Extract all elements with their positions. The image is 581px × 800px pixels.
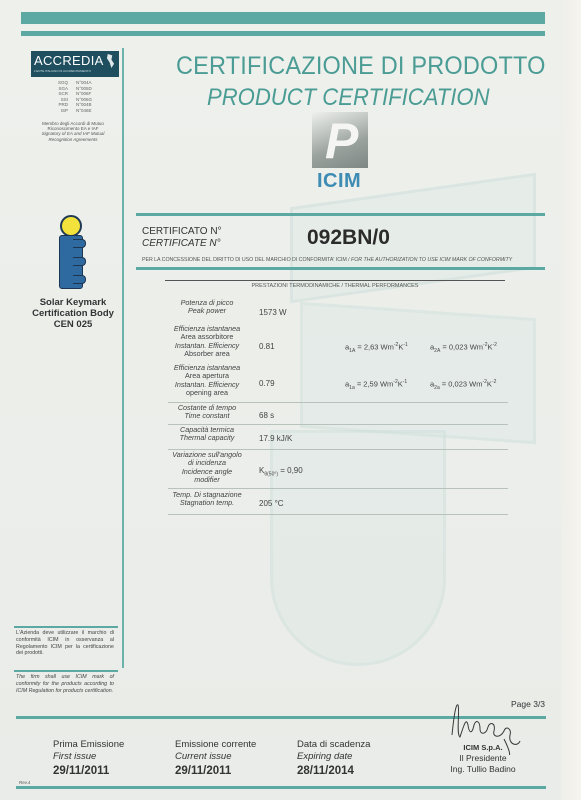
row-divider [168,514,508,515]
val: = 0,023 Wm [440,380,483,389]
label-en: Time constant [168,412,246,420]
label-en: Peak power [168,307,246,315]
table-row-label: Efficienza istantanea Area apertura Inst… [168,364,246,398]
keymark-line1: Solar Keymark [24,297,122,308]
signatory-name: Ing. Tullio Badino [438,764,528,775]
concession-en: FOR THE AUTHORIZATION TO USE ICIM MARK O… [351,257,512,263]
kexp: -1 [403,342,407,348]
revision-label: Rev.4 [19,780,30,785]
note-it: L'Azienda deve utilizzare il marchio di … [16,630,114,657]
kexp: -2 [492,379,496,385]
first-issue-it: Prima Emissione [53,739,124,751]
membro-it: Membro degli Accordi di Mutuo Riconoscim… [31,121,115,131]
first-issue: Prima Emissione First issue 29/11/2011 [53,739,124,777]
solar-keymark-icon [53,215,97,290]
coefficient-a1: a1A = 2,63 Wm-2K-1 [345,342,408,354]
current-issue-it: Emissione corrente [175,739,256,751]
val: = 0,023 Wm [440,343,483,352]
row-divider [168,488,508,489]
current-issue: Emissione corrente Current issue 29/11/2… [175,739,256,777]
table-row-value: 0.81 [259,342,275,351]
table-row-value: 1573 W [259,308,287,317]
kexp: -2 [493,342,497,348]
accreditation-codes: SGQN°004A SGAN°005D SCRN°006F SSIN°006G … [52,80,92,114]
accredia-subtitle: L'ENTE ITALIANO DI ACCREDITAMENTO [34,69,91,73]
certificate-label-en: CERTIFICATE N° [142,238,221,249]
note-en: The firm shall use ICIM mark of conformi… [16,674,114,694]
label-en: Stagnation temp. [168,499,246,507]
certificate-page: ACCREDIA L'ENTE ITALIANO DI ACCREDITAMEN… [0,0,581,800]
note-rule-mid [14,670,118,672]
top-bar-thin [21,31,545,36]
performance-heading: PRESTAZIONI TERMODINAMICHE / THERMAL PER… [165,280,505,289]
label-en2: modifier [168,476,246,484]
keymark-e-arm [73,275,86,284]
table-row-label: Temp. Di stagnazione Stagnation temp. [168,491,246,508]
top-bar-thick [21,12,545,24]
performance-table: Potenza di picco Peak power 1573 W Effic… [168,298,508,518]
certificate-label-it: CERTIFICATO N° [142,226,222,237]
concession-it: PER LA CONCESSIONE DEL DIRITTO DI USO DE… [142,257,347,263]
current-issue-date: 29/11/2011 [175,765,256,777]
signatory: ICIM S.p.A. Il Presidente Ing. Tullio Ba… [438,742,528,775]
title-it: CERTIFICAZIONE DI PRODOTTO [176,52,546,81]
keymark-line3: CEN 025 [24,319,122,330]
kexp: -1 [403,379,407,385]
italy-map-icon [106,54,115,68]
val: = 2,63 Wm [355,343,394,352]
signatory-role: Il Presidente [438,753,528,764]
accredia-logo: ACCREDIA L'ENTE ITALIANO DI ACCREDITAMEN… [31,51,119,77]
left-column-divider [122,48,124,668]
label-en2: opening area [168,389,246,397]
code-value: N°046E [76,108,92,114]
expiry-date-value: 28/11/2014 [297,765,370,777]
footer-bottom-rule [16,786,546,789]
sun-icon [60,215,82,237]
table-row-value: 68 s [259,411,274,420]
coefficient-a1: a1a = 2,59 Wm-2K-1 [345,379,407,391]
val: = 2,59 Wm [355,380,394,389]
keymark-e-arm [73,239,86,248]
membro-en: Signatory of EA and IAF Mutual Recogniti… [31,131,115,141]
icim-logo-text: ICIM [317,170,361,193]
concession-statement: PER LA CONCESSIONE DEL DIRITTO DI USO DE… [142,257,512,263]
table-row-value: 17.9 kJ/K [259,434,292,443]
first-issue-en: First issue [53,751,124,763]
keymark-caption: Solar Keymark Certification Body CEN 025 [24,297,122,330]
certificate-top-rule [136,213,545,216]
expiry-en: Expiring date [297,751,370,763]
coefficient-a2: a2a = 0,023 Wm-2K-2 [430,379,496,391]
expiry-it: Data di scadenza [297,739,370,751]
coefficient-a2: a2A = 0,023 Wm-2K-2 [430,342,497,354]
mutual-recognition-note: Membro degli Accordi di Mutuo Riconoscim… [31,121,115,142]
keymark-line2: Certification Body [24,308,122,319]
label-en: Thermal capacity [168,434,246,442]
first-issue-date: 29/11/2011 [53,765,124,777]
expiry-date: Data di scadenza Expiring date 28/11/201… [297,739,370,777]
note-rule-top [14,626,118,628]
table-row-label: Costante di tempo Time constant [168,404,246,421]
logo-letter: P [325,116,358,166]
code-key: ISP [52,108,68,114]
table-row-value: Kθ(50°) = 0,90 [259,466,303,478]
icim-p-logo-icon: P [312,112,368,168]
table-row-value: 0.79 [259,379,275,388]
certificate-bottom-rule [136,267,545,270]
certificate-number: 092BN/0 [307,226,390,250]
keymark-e-arm [73,257,86,266]
sub: θ(50°) [264,472,278,478]
label-en2: Absorber area [168,350,246,358]
title-en: PRODUCT CERTIFICATION [207,84,490,112]
table-row-label: Capacità termica Thermal capacity [168,426,246,443]
val: = 0,90 [278,466,303,475]
paper-edge [561,0,581,800]
table-row-value: 205 °C [259,499,284,508]
table-row-label: Efficienza istantanea Area assorbitore I… [168,325,246,359]
table-row-label: Variazione sull'angolo di incidenza Inci… [168,451,246,485]
current-issue-en: Current issue [175,751,256,763]
signatory-company: ICIM S.p.A. [438,742,528,753]
table-row-label: Potenza di picco Peak power [168,299,246,316]
accredia-name: ACCREDIA [34,53,104,68]
